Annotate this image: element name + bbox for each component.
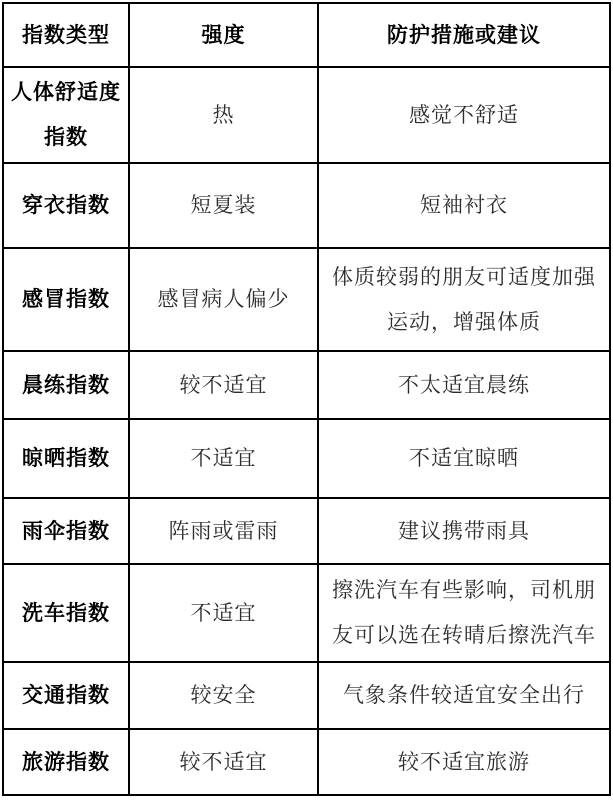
cell-advice: 不适宜晾晒: [318, 419, 610, 498]
table-row: 穿衣指数 短夏装 短袖衬衣: [3, 163, 610, 248]
cell-strength: 不适宜: [129, 419, 318, 498]
cell-advice: 体质较弱的朋友可适度加强运动，增强体质: [318, 248, 610, 351]
cell-strength: 感冒病人偏少: [129, 248, 318, 351]
table-row: 晾晒指数 不适宜 不适宜晾晒: [3, 419, 610, 498]
document-page: 指数类型 强度 防护措施或建议 人体舒适度指数 热 感觉不舒适 穿衣指数 短夏装…: [2, 2, 609, 796]
cell-strength: 短夏装: [129, 163, 318, 248]
header-index-type: 指数类型: [3, 3, 129, 67]
cell-strength: 较不适宜: [129, 729, 318, 795]
cell-index-type: 交通指数: [3, 662, 129, 729]
cell-strength: 较安全: [129, 662, 318, 729]
cell-index-type: 洗车指数: [3, 564, 129, 662]
cell-index-type: 晾晒指数: [3, 419, 129, 498]
cell-advice: 短袖衬衣: [318, 163, 610, 248]
cell-index-type: 穿衣指数: [3, 163, 129, 248]
cell-index-type: 旅游指数: [3, 729, 129, 795]
header-strength: 强度: [129, 3, 318, 67]
table-row: 交通指数 较安全 气象条件较适宜安全出行: [3, 662, 610, 729]
cell-advice: 不太适宜晨练: [318, 351, 610, 419]
cell-advice: 建议携带雨具: [318, 498, 610, 564]
cell-advice: 擦洗汽车有些影响，司机朋友可以选在转晴后擦洗汽车: [318, 564, 610, 662]
header-advice: 防护措施或建议: [318, 3, 610, 67]
table-row: 晨练指数 较不适宜 不太适宜晨练: [3, 351, 610, 419]
cell-strength: 阵雨或雷雨: [129, 498, 318, 564]
cell-index-type: 晨练指数: [3, 351, 129, 419]
table-row: 感冒指数 感冒病人偏少 体质较弱的朋友可适度加强运动，增强体质: [3, 248, 610, 351]
table-body: 人体舒适度指数 热 感觉不舒适 穿衣指数 短夏装 短袖衬衣 感冒指数 感冒病人偏…: [3, 67, 610, 795]
table-row: 旅游指数 较不适宜 较不适宜旅游: [3, 729, 610, 795]
table-header: 指数类型 强度 防护措施或建议: [3, 3, 610, 67]
cell-advice: 较不适宜旅游: [318, 729, 610, 795]
cell-advice: 感觉不舒适: [318, 67, 610, 163]
cell-index-type: 人体舒适度指数: [3, 67, 129, 163]
table-row: 人体舒适度指数 热 感觉不舒适: [3, 67, 610, 163]
cell-index-type: 雨伞指数: [3, 498, 129, 564]
cell-strength: 较不适宜: [129, 351, 318, 419]
cell-strength: 不适宜: [129, 564, 318, 662]
cell-strength: 热: [129, 67, 318, 163]
weather-index-table: 指数类型 强度 防护措施或建议 人体舒适度指数 热 感觉不舒适 穿衣指数 短夏装…: [2, 2, 611, 796]
table-row: 洗车指数 不适宜 擦洗汽车有些影响，司机朋友可以选在转晴后擦洗汽车: [3, 564, 610, 662]
header-row: 指数类型 强度 防护措施或建议: [3, 3, 610, 67]
cell-index-type: 感冒指数: [3, 248, 129, 351]
cell-advice: 气象条件较适宜安全出行: [318, 662, 610, 729]
table-row: 雨伞指数 阵雨或雷雨 建议携带雨具: [3, 498, 610, 564]
